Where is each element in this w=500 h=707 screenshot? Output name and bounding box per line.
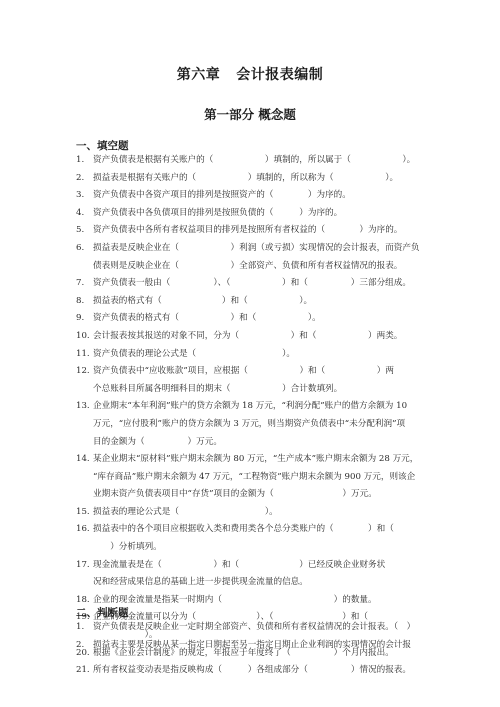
question-number: 10. xyxy=(76,328,90,346)
section-heading-fill-in: 一、填空题 xyxy=(76,138,129,153)
question-text-line: 损益表的理论公式是（ ）。 xyxy=(76,504,426,522)
question-text-line: 资产负债表中“应收账款”项目，应根据（ ）和（ ）两 xyxy=(76,363,426,381)
document-page: 第六章会计报表编制 第一部分 概念题 一、填空题 1.资产负债表是根据有关账户的… xyxy=(0,0,500,707)
question-number: 8. xyxy=(76,293,84,311)
question-text-line: 资产负债表中各所有者权益项目的排列是按照所有者权益的（ ）为序的。 xyxy=(76,222,426,240)
true-false-question-list: 1.资产负债表是反映企业一定时期全部资产、负债和所有者权益情况的会计报表。（ ）… xyxy=(76,619,426,654)
question-item: 21.所有者权益变动表是指反映构成（ ）各组成部分（ ）情况的报表。 xyxy=(76,662,426,680)
question-text-line: 资产负债表的格式有（ ）和（ ）。 xyxy=(76,310,426,328)
question-text-line: 所有者权益变动表是指反映构成（ ）各组成部分（ ）情况的报表。 xyxy=(76,662,426,680)
question-text-line: 损益表是反映企业在（ ）利润（或亏损）实现情况的会计报表，而资产负 xyxy=(76,240,426,258)
question-text-line: 资产负债表的理论公式是（ ）。 xyxy=(76,346,426,364)
question-item: 16.损益表中的各个项目应根据收入类和费用类各个总分类账户的（ ）和（ ）分析填… xyxy=(76,521,426,556)
question-item: 10.会计报表按其报送的对象不同，分为（ ）和（ ）两类。 xyxy=(76,328,426,346)
question-number: 1. xyxy=(76,619,84,637)
question-text-line: “库存商品”账户期末余额为 47 万元，“工程物资”账户期末余额为 900 万元… xyxy=(76,469,426,487)
question-number: 21. xyxy=(76,662,90,680)
question-text-line: 损益表是根据有关账户的（ ）填制的，所以称为（ ）。 xyxy=(76,170,426,188)
question-number: 12. xyxy=(76,363,90,381)
fill-in-question-list: 1.资产负债表是根据有关账户的（ ）填制的，所以属于（ ）。2.损益表是根据有关… xyxy=(76,152,426,680)
question-item: 2.损益表是根据有关账户的（ ）填制的，所以称为（ ）。 xyxy=(76,170,426,188)
question-number: 14. xyxy=(76,451,90,469)
question-number: 15. xyxy=(76,504,90,522)
question-item: 1.资产负债表是根据有关账户的（ ）填制的，所以属于（ ）。 xyxy=(76,152,426,170)
question-item: 1.资产负债表是反映企业一定时期全部资产、负债和所有者权益情况的会计报表。（ ） xyxy=(76,619,426,637)
question-text-line: 资产负债表中各资产项目的排列是按照资产的（ ）为序的。 xyxy=(76,187,426,205)
question-item: 11.资产负债表的理论公式是（ ）。 xyxy=(76,346,426,364)
question-text-line: 损益表主要是反映从某一指定日期起至另一指定日期止企业利润的实现情况的会计报 xyxy=(76,637,426,655)
question-text-line: 会计报表按其报送的对象不同，分为（ ）和（ ）两类。 xyxy=(76,328,426,346)
chapter-name: 会计报表编制 xyxy=(236,67,323,83)
question-text-line: 损益表中的各个项目应根据收入类和费用类各个总分类账户的（ ）和（ xyxy=(76,521,426,539)
question-text-line: 况和经营成果信息的基础上进一步提供现金流量的信息。 xyxy=(76,574,426,592)
question-number: 6. xyxy=(76,240,84,258)
question-item: 2.损益表主要是反映从某一指定日期起至另一指定日期止企业利润的实现情况的会计报 xyxy=(76,637,426,655)
question-item: 13.企业期末“本年利润”账户的贷方余额为 18 万元，“利润分配”账户的借方余… xyxy=(76,398,426,451)
question-number: 1. xyxy=(76,152,84,170)
question-text-line: 资产负债表是根据有关账户的（ ）填制的，所以属于（ ）。 xyxy=(76,152,426,170)
question-item: 8.损益表的格式有（ ）和（ ）。 xyxy=(76,293,426,311)
chapter-title: 第六章会计报表编制 xyxy=(0,64,500,84)
question-item: 7.资产负债表一般由（ ）、（ ）和（ ）三部分组成。 xyxy=(76,275,426,293)
question-text-line: 资产负债表一般由（ ）、（ ）和（ ）三部分组成。 xyxy=(76,275,426,293)
question-text-line: 债表则是反映企业在（ ）全部资产、负债和所有者权益情况的报表。 xyxy=(76,258,426,276)
question-item: 12.资产负债表中“应收账款”项目，应根据（ ）和（ ）两个总账科目所属各明细科… xyxy=(76,363,426,398)
question-number: 9. xyxy=(76,310,84,328)
question-item: 6.损益表是反映企业在（ ）利润（或亏损）实现情况的会计报表，而资产负债表则是反… xyxy=(76,240,426,275)
question-number: 16. xyxy=(76,521,90,539)
question-item: 4.资产负债表中各负债项目的排列是按照负债的（ ）为序的。 xyxy=(76,205,426,223)
question-number: 13. xyxy=(76,398,90,416)
section-heading-true-false: 二、判断题 xyxy=(76,605,129,620)
part-title: 第一部分 概念题 xyxy=(0,105,500,123)
question-text-line: 损益表的格式有（ ）和（ ）。 xyxy=(76,293,426,311)
question-item: 14.某企业期末“原材料”账户期末余额为 80 万元，“生产成本”账户期末余额为… xyxy=(76,451,426,504)
question-text-line: 资产负债表中各负债项目的排列是按照负债的（ ）为序的。 xyxy=(76,205,426,223)
question-item: 3.资产负债表中各资产项目的排列是按照资产的（ ）为序的。 xyxy=(76,187,426,205)
question-number: 7. xyxy=(76,275,84,293)
question-item: 9.资产负债表的格式有（ ）和（ ）。 xyxy=(76,310,426,328)
question-text-line: 企业期末“本年利润”账户的贷方余额为 18 万元，“利润分配”账户的借方余额为 … xyxy=(76,398,426,416)
question-number: 17. xyxy=(76,557,90,575)
question-text-line: ）分析填列。 xyxy=(76,539,426,557)
question-item: 17.现金流量表是在（ ）和（ ）已经反映企业财务状况和经营成果信息的基础上进一… xyxy=(76,557,426,592)
chapter-number: 第六章 xyxy=(177,67,221,83)
question-text-line: 目的金额为（ ）万元。 xyxy=(76,434,426,452)
question-item: 15.损益表的理论公式是（ ）。 xyxy=(76,504,426,522)
question-number: 2. xyxy=(76,170,84,188)
question-text-line: 某企业期末“原材料”账户期末余额为 80 万元，“生产成本”账户期末余额为 28… xyxy=(76,451,426,469)
question-text-line: 现金流量表是在（ ）和（ ）已经反映企业财务状 xyxy=(76,557,426,575)
question-text-line: 万元，“应付股利”账户的贷方余额为 3 万元，则当期资产负债表中“未分配利润”项 xyxy=(76,416,426,434)
question-text-line: 资产负债表是反映企业一定时期全部资产、负债和所有者权益情况的会计报表。（ ） xyxy=(76,619,426,637)
question-item: 5.资产负债表中各所有者权益项目的排列是按照所有者权益的（ ）为序的。 xyxy=(76,222,426,240)
question-number: 4. xyxy=(76,205,84,223)
question-number: 3. xyxy=(76,187,84,205)
question-text-line: 个总账科目所属各明细科目的期末（ ）合计数填列。 xyxy=(76,381,426,399)
question-number: 5. xyxy=(76,222,84,240)
question-text-line: 业期末资产负债表项目中“存货”项目的金额为（ ）万元。 xyxy=(76,486,426,504)
question-number: 11. xyxy=(76,346,90,364)
question-number: 2. xyxy=(76,637,84,655)
